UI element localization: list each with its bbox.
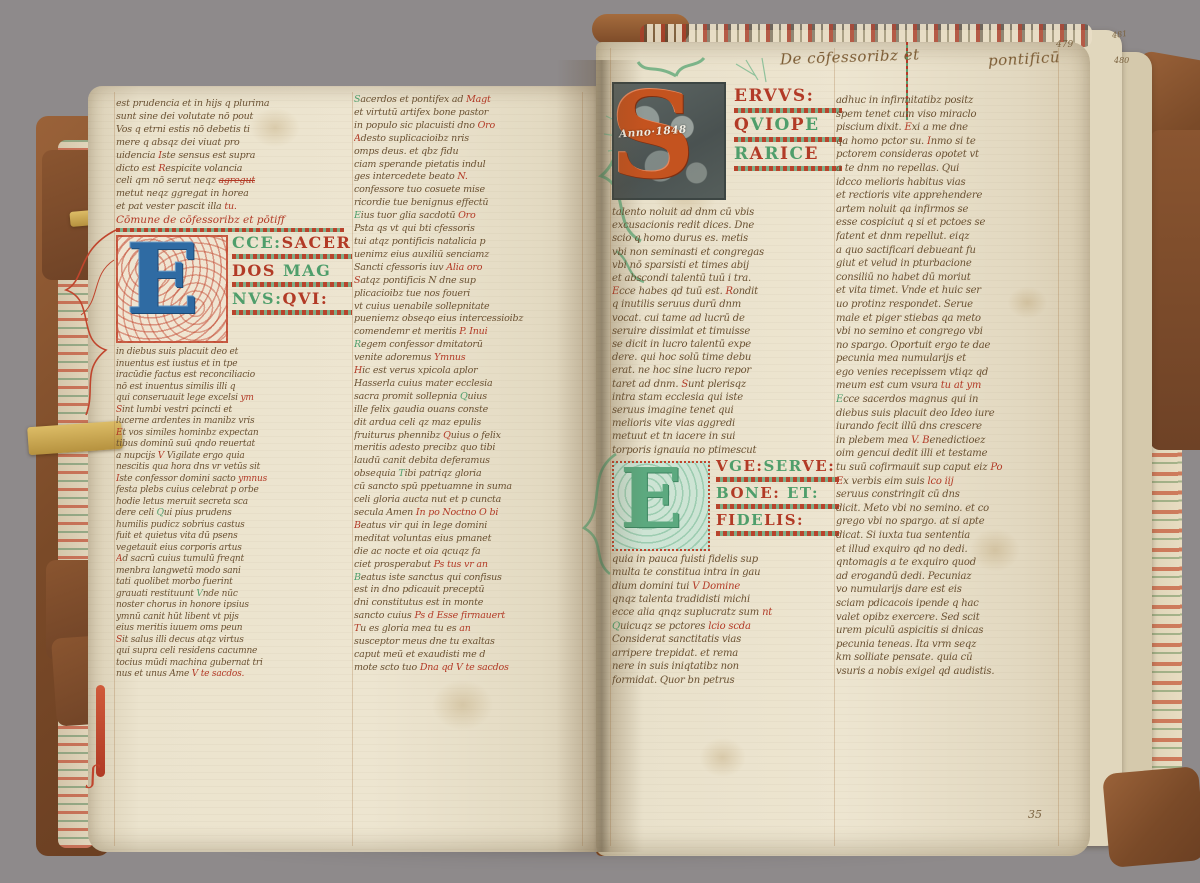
- text-line: adhuc in infirmitatibz positz: [836, 94, 1062, 108]
- text-line: laudū canit debita deferamus: [354, 455, 582, 468]
- text-line: talento noluit ad dnm cū vbis: [612, 206, 842, 219]
- text-line: ricordie tue benignus effectū: [354, 197, 582, 210]
- text-line: est prudencia et in hijs q plurima: [116, 98, 354, 111]
- text-line: in plebem mea V. Benedictioez: [836, 434, 1062, 448]
- text-line: a te dnm no repellas. Qui: [836, 162, 1062, 176]
- text-line: no spargo. Oportuit ergo te dae: [836, 339, 1062, 353]
- folio-number-behind-1: 481: [1111, 29, 1127, 40]
- text-line: ciam sperande pietatis indul: [354, 159, 582, 172]
- text-line: ille felix gaudia ouans conste: [354, 404, 582, 417]
- text-line: tu suū cofirmauit sup caput eiz Po: [836, 461, 1062, 475]
- text-line: ecce alia qnqz suplucratz sum nt: [612, 606, 842, 619]
- text-line: meditat voluntas eius pmanet: [354, 533, 582, 546]
- initial-letter: E: [620, 451, 683, 547]
- text-line: obsequia Tibi patriqz gloria: [354, 468, 582, 481]
- text-line: ymnū canit hūt libent vt pijs: [116, 612, 354, 624]
- text-line: NVS:QVI:: [232, 291, 354, 315]
- text-line: tocius mūdi machina gubernat tri: [116, 658, 354, 670]
- text-line: se dicit in lucro talentū expe: [612, 338, 842, 351]
- text-line: et vita timet. Vnde et huic ser: [836, 284, 1062, 298]
- text-line: et pat vester pascit illa tu.: [116, 201, 354, 214]
- text-line: km solliate pensate. quia cū: [836, 651, 1062, 665]
- text-line: in populo sic placuisti dno Oro: [354, 120, 582, 133]
- text-line: qui conseruauit lege excelsi ym: [116, 393, 354, 405]
- text-line: vegetauit eius corporis artus: [116, 543, 354, 555]
- text-line: caput meū et exaudisti me d: [354, 649, 582, 662]
- text-line: iurando fecit illū dns crescere: [836, 420, 1062, 434]
- text-line: vbi nō sparsisti et times abij: [612, 259, 842, 272]
- red-margin-initial-I: [96, 685, 105, 777]
- text-line: dit ardua celi qz maz epulis: [354, 417, 582, 430]
- text-line: arripere trepidat. et rema: [612, 647, 842, 660]
- text-line: Sacerdos et pontifex ad Magt: [354, 94, 582, 107]
- text-line: Hic est verus xpicola aplor: [354, 365, 582, 378]
- text-line: giut et velud in pturbacione: [836, 257, 1062, 271]
- text-line: est in dno pdicauit preceptū: [354, 584, 582, 597]
- text-line: artem noluit qa infirmos se: [836, 203, 1062, 217]
- text-line: grauati restituunt Vnde nūc: [116, 589, 354, 601]
- text-line: vsuris a nobis exigel qd audistis.: [836, 665, 1062, 679]
- text-line: uidencia Iste sensus est supra: [116, 150, 354, 163]
- text-line: seruus constringit cū dns: [836, 488, 1062, 502]
- text-line: dicto est Respicite volancia: [116, 163, 354, 176]
- text-line: fatent et dnm repellut. eiqz: [836, 230, 1062, 244]
- text-line: confessore tuo cosuete mise: [354, 184, 582, 197]
- text-line: humilis pudicz sobrius castus: [116, 520, 354, 532]
- text-line: Sancti cfessoris iuv Alia oro: [354, 262, 582, 275]
- text-line: scio q homo durus es. metis: [612, 232, 842, 245]
- text-line: nere in suis iniqtatibz non: [612, 660, 842, 673]
- text-line: comendemr et meritis P. Inui: [354, 326, 582, 339]
- initial-letter: E: [126, 223, 199, 336]
- text-line: et rectioris vite apprehendere: [836, 189, 1062, 203]
- text-line: ego venies recepissem vtiqz qd: [836, 366, 1062, 380]
- text-block: talento noluit ad dnm cū vbisexcusacioni…: [612, 206, 842, 457]
- text-line: Sint lumbi vestri pcincti et: [116, 405, 354, 417]
- text-line: nus et unus Ame V te sacdos.: [116, 669, 354, 681]
- text-line: BONE: ET:: [716, 486, 842, 509]
- text-line: Ad sacrū cuius tumulū freqnt: [116, 554, 354, 566]
- text-line: Psta qs vt qui bti cfessoris: [354, 223, 582, 236]
- text-line: metut neqz ggregat in horea: [116, 188, 354, 201]
- right-column-2: adhuc in infirmitatibz positzspem tenet …: [836, 94, 1062, 679]
- text-line: RARICE: [734, 146, 844, 171]
- text-line: excusacionis redit dices. Dne: [612, 219, 842, 232]
- text-line: mote scto tuo Dna qd V te sacdos: [354, 662, 582, 675]
- text-line: iracūdie factus est reconciliacio: [116, 370, 354, 382]
- folio-number-behind-2: 480: [1114, 56, 1129, 65]
- text-block: adhuc in infirmitatibz positzspem tenet …: [836, 94, 1062, 679]
- text-line: formidat. Quor bn petrus: [612, 674, 842, 687]
- text-line: plicacioibz tue nos foueri: [354, 288, 582, 301]
- text-line: inuentus est iustus et in tpe: [116, 359, 354, 371]
- text-line: ges intercedete beato N.: [354, 171, 582, 184]
- text-line: multa te constitua intra in gau: [612, 566, 842, 579]
- red-margin-mark: ʃ: [90, 761, 97, 789]
- illuminated-initial-row: E VGE:SERVE:BONE: ET:FIDELIS:: [612, 457, 842, 553]
- text-line: consiliū no habet dū moriut: [836, 271, 1062, 285]
- text-line: melioris vite vias aggredi: [612, 417, 842, 430]
- illuminated-initial-S-historiated: S Anno·1848: [612, 82, 726, 200]
- text-line: qa homo pctor su. Inmo si te: [836, 135, 1062, 149]
- text-line: nescitis qua hora dns vr vetūs sit: [116, 462, 354, 474]
- text-line: seruus imagine tenet qui: [612, 404, 842, 417]
- text-line: Adesto suplicacioibz nris: [354, 133, 582, 146]
- illuminated-initial-row: S Anno·1848 ERVVS:QVIOPERARICE: [612, 82, 842, 206]
- text-line: dicit. Meto vbi no semino. et co: [836, 502, 1062, 516]
- text-line: tati quolibet morbo fuerint: [116, 577, 354, 589]
- text-line: valet opibz exercere. Sed scit: [836, 611, 1062, 625]
- text-line: Iste confessor domini sacto ymnus: [116, 474, 354, 486]
- text-block: est prudencia et in hijs q plurimasunt s…: [116, 98, 354, 214]
- text-line: celi qm nō serut neqz agregut: [116, 175, 354, 188]
- text-line: tui atqz pontificis natalicia p: [354, 236, 582, 249]
- text-line: a nupcijs V Vigilate ergo quia: [116, 451, 354, 463]
- text-line: Sit salus illi decus atqz virtus: [116, 635, 354, 647]
- text-line: oim gencui dedit illi et testame: [836, 447, 1062, 461]
- text-line: piscium dixit. Exi a me dne: [836, 121, 1062, 135]
- text-line: VGE:SERVE:: [716, 459, 842, 482]
- ruling-line: [114, 92, 115, 846]
- text-line: eius meritis iuuem oms peun: [116, 623, 354, 635]
- text-line: Ecce sacerdos magnus qui in: [836, 393, 1062, 407]
- text-line: omps deus. et qbz fidu: [354, 146, 582, 159]
- text-line: pecunia teneas. Ita vrm seqz: [836, 638, 1062, 652]
- text-block: quia in pauca fuisti fidelis supmulta te…: [612, 553, 842, 687]
- text-line: uo protinz respondet. Serue: [836, 298, 1062, 312]
- text-line: erat. ne hoc sine lucro repor: [612, 364, 842, 377]
- text-line: celi gloria aucta nut et p cuncta: [354, 494, 582, 507]
- display-capitals: ERVVS:QVIOPERARICE: [734, 88, 844, 175]
- text-line: venite adoremus Ymnus: [354, 352, 582, 365]
- text-line: intra stam ecclesia qui iste: [612, 391, 842, 404]
- text-line: dicat. Si iuxta tua sententia: [836, 529, 1062, 543]
- text-line: in diebus suis placuit deo et: [116, 347, 354, 359]
- text-line: lucerne ardentes in manibz vris: [116, 416, 354, 428]
- text-line: QVIOPE: [734, 117, 844, 142]
- text-line: pecunia mea numularijs et: [836, 352, 1062, 366]
- text-line: taret ad dnm. Sunt plerisqz: [612, 378, 842, 391]
- text-line: fruiturus phennibz Quius o felix: [354, 430, 582, 443]
- text-line: vocat. cui tame ad lucrū de: [612, 312, 842, 325]
- text-line: meum est cum vsura tu at ym: [836, 379, 1062, 393]
- text-line: qui supra celi residens cacumne: [116, 646, 354, 658]
- right-column-1: S Anno·1848 ERVVS:QVIOPERARICE talento n…: [612, 82, 842, 687]
- text-line: CCE:SACER: [232, 235, 354, 259]
- text-line: Considerat sanctitatis vias: [612, 633, 842, 646]
- text-block: Sacerdos et pontifex ad Magtet virtutū a…: [354, 94, 582, 675]
- text-line: secula Amen In po Noctno O bi: [354, 507, 582, 520]
- text-line: nō est inuentus similis illi q: [116, 382, 354, 394]
- text-line: male et piger stiebas qa meto: [836, 312, 1062, 326]
- text-line: hodie letus meruit secreta sca: [116, 497, 354, 509]
- corner-note-35: 35: [1028, 808, 1042, 821]
- text-line: et abscondi talentū tuū i tra.: [612, 272, 842, 285]
- text-line: vbi no semino et congrego vbi: [836, 325, 1062, 339]
- illuminated-initial-row: E CCE:SACERDOS MAGNVS:QVI: ʃ: [116, 233, 354, 347]
- text-line: pueniemz obseqo eius intercessioibz: [354, 313, 582, 326]
- text-line: ad erogandū dedi. Pecuniaz: [836, 570, 1062, 584]
- text-line: Ex verbis eim suis lco iij: [836, 475, 1062, 489]
- text-line: uenimz eius auxiliū senciamz: [354, 249, 582, 262]
- text-line: sacra promit sollepnia Quius: [354, 391, 582, 404]
- text-line: die ac nocte et oia qcuqz fa: [354, 546, 582, 559]
- text-line: q inutilis seruus durū dnm: [612, 298, 842, 311]
- left-column-2: Sacerdos et pontifex ad Magtet virtutū a…: [354, 94, 582, 675]
- text-line: sancto cuius Ps d Esse firmauert: [354, 610, 582, 623]
- text-line: Satqz pontificis N dne sup: [354, 275, 582, 288]
- text-line: FIDELIS:: [716, 513, 842, 536]
- right-leather-edge: [1150, 130, 1200, 450]
- text-line: vo numularijs dare est eis: [836, 583, 1062, 597]
- text-line: Hasserla cuius mater ecclesia: [354, 378, 582, 391]
- text-line: Vos q etrni estis nō debetis ti: [116, 124, 354, 137]
- text-block: in diebus suis placuit deo etinuentus es…: [116, 347, 354, 681]
- text-line: qntomagis a te exquiro quod: [836, 556, 1062, 570]
- red-penwork-flourish: [56, 220, 120, 420]
- text-line: ciet prosperabut Ps tus vr an: [354, 559, 582, 572]
- text-line: et illud exquiro qd no dedi.: [836, 543, 1062, 557]
- text-line: idcco melioris habitus vias: [836, 176, 1062, 190]
- text-line: a quo sactificari debueant fu: [836, 244, 1062, 258]
- text-line: festa plebs cuius celebrat p orbe: [116, 485, 354, 497]
- text-line: spem tenet cum viso miraclo: [836, 108, 1062, 122]
- text-line: sunt sine dei volutate nō pout: [116, 111, 354, 124]
- text-line: pctorem consideras opotet vt: [836, 148, 1062, 162]
- text-line: vt cuius uenabile sollepnitate: [354, 301, 582, 314]
- text-line: cū sancto spū ppetuamne in suma: [354, 481, 582, 494]
- display-capitals: CCE:SACERDOS MAGNVS:QVI:: [232, 235, 354, 319]
- text-line: dni constitutus est in monte: [354, 597, 582, 610]
- text-line: susceptor meus dne tu exaltas: [354, 636, 582, 649]
- text-line: Regem confessor dmitatorū: [354, 339, 582, 352]
- display-capitals: VGE:SERVE:BONE: ET:FIDELIS:: [716, 459, 842, 540]
- text-line: ERVVS:: [734, 88, 844, 113]
- header-annotation-right: pontificū: [988, 48, 1061, 70]
- text-line: urem piculū aspicitis si dnicas: [836, 624, 1062, 638]
- text-line: vbi non seminasti et congregas: [612, 246, 842, 259]
- text-line: noster chorus in honore ipsius: [116, 600, 354, 612]
- text-line: metuut et tn iacere in sui: [612, 430, 842, 443]
- text-line: grego vbi no spargo. at si apte: [836, 515, 1062, 529]
- text-line: qnqz talenta tradidisti michi: [612, 593, 842, 606]
- text-line: dium domini tui V Domine: [612, 580, 842, 593]
- illuminated-initial-E-blue: E: [116, 235, 228, 343]
- text-line: Beatus vir qui in lege domini: [354, 520, 582, 533]
- text-line: mere q absqz dei viuat pro: [116, 137, 354, 150]
- text-line: quia in pauca fuisti fidelis sup: [612, 553, 842, 566]
- text-line: dere celi Qui pius prudens: [116, 508, 354, 520]
- folio-number-current: 479: [1056, 40, 1073, 50]
- text-line: et virtutū artifex bone pastor: [354, 107, 582, 120]
- text-line: dere. qui hoc solū time debu: [612, 351, 842, 364]
- manuscript-photo: De cōfessoribz et pontificū 479 481 480 …: [0, 0, 1200, 883]
- text-line: Tu es gloria mea tu es an: [354, 623, 582, 636]
- text-line: Et vos similes hominbz expectan: [116, 428, 354, 440]
- left-column-1: est prudencia et in hijs q plurimasunt s…: [116, 98, 354, 681]
- text-line: menbra langwetū modo sani: [116, 566, 354, 578]
- text-line: DOS MAG: [232, 263, 354, 287]
- text-line: Eius tuor glia sacdotū Oro: [354, 210, 582, 223]
- text-line: diebus suis placuit deo Ideo iure: [836, 407, 1062, 421]
- text-line: Ecce habes qd tuū est. Rondit: [612, 285, 842, 298]
- text-line: tibus dominū suū qndo reuertat: [116, 439, 354, 451]
- text-line: Quicuqz se pctores lcio scda: [612, 620, 842, 633]
- stain: [420, 670, 505, 740]
- text-line: esse cospiciut q si et pctoes se: [836, 216, 1062, 230]
- stain: [690, 730, 755, 785]
- illuminated-initial-E-green: E: [612, 461, 710, 551]
- bottom-right-leather-corner: [1102, 766, 1200, 868]
- text-line: sciam pdicacois ipende q hac: [836, 597, 1062, 611]
- text-line: fuit et quietus vita dū psens: [116, 531, 354, 543]
- text-line: seruire dissimlat et timuisse: [612, 325, 842, 338]
- text-line: Beatus iste sanctus qui confisus: [354, 572, 582, 585]
- text-line: meritis adesto precibz quo tibi: [354, 442, 582, 455]
